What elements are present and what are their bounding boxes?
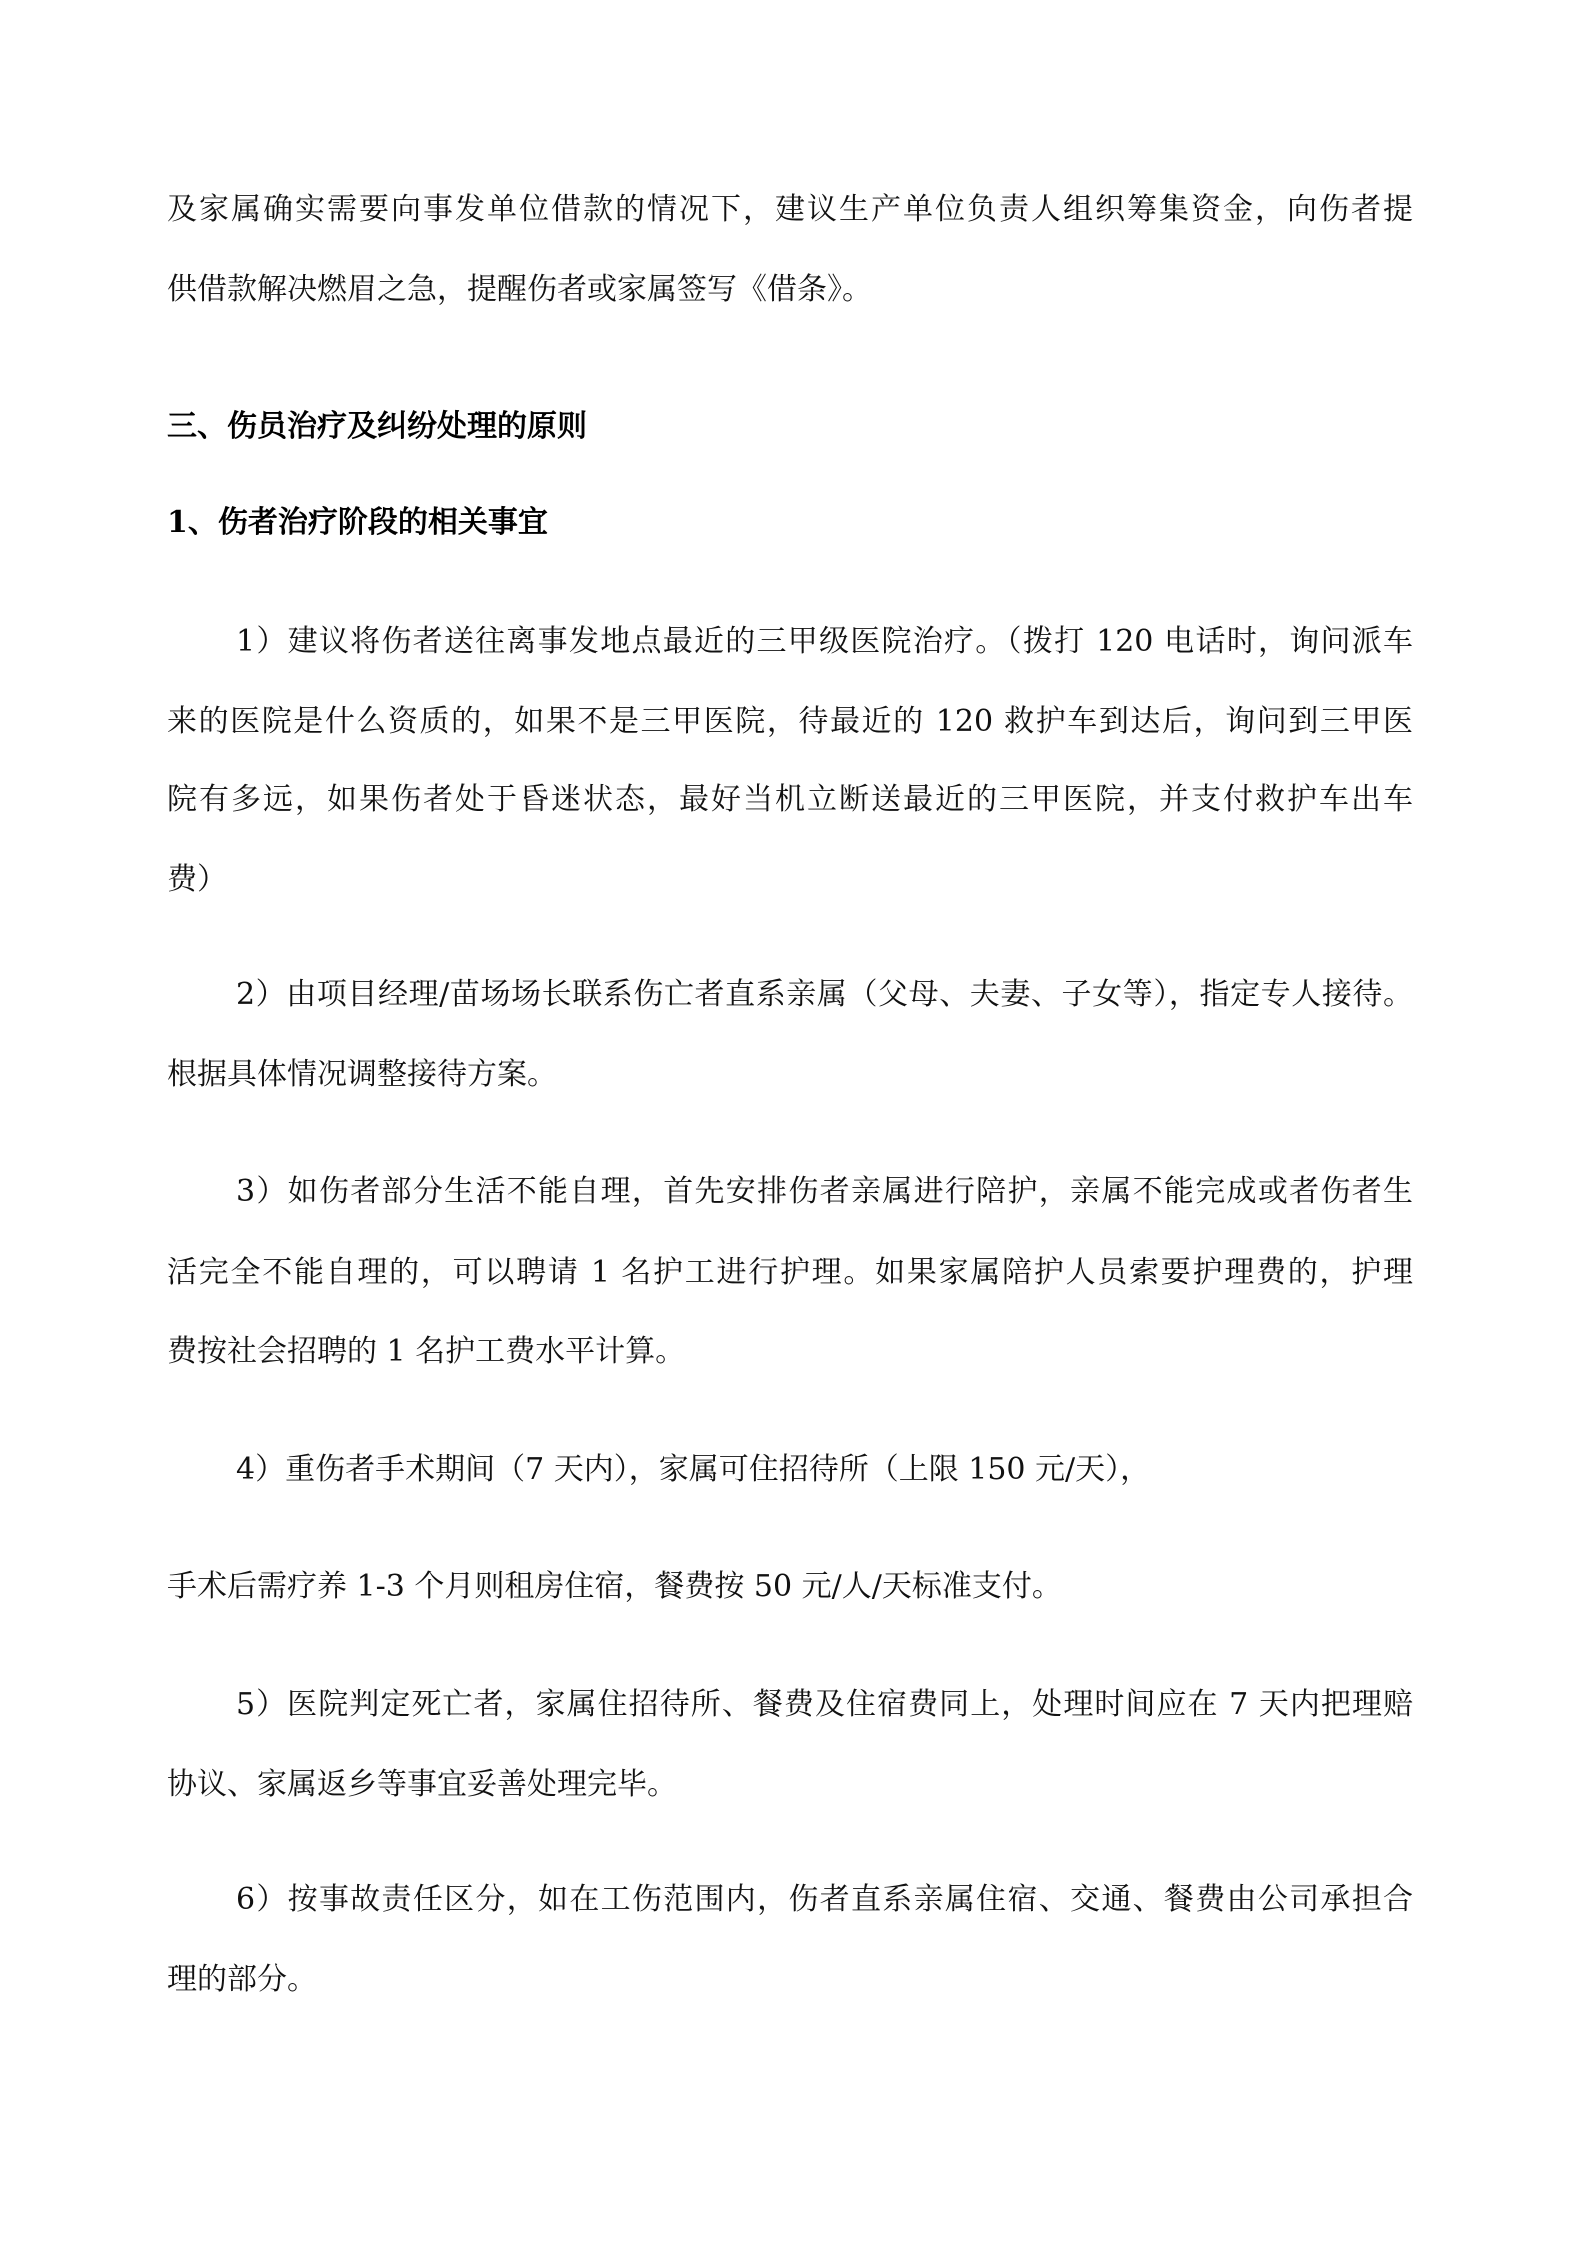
paragraph-line: 供借款解决燃眉之急，提醒伤者或家属签写《借条》。: [167, 250, 1413, 330]
paragraph-line: 根据具体情况调整接待方案。: [167, 1035, 1413, 1115]
subsection-heading: 1、伤者治疗阶段的相关事宜: [167, 483, 1413, 563]
paragraph-line: 院有多远，如果伤者处于昏迷状态，最好当机立断送最近的三甲医院，并支付救护车出车: [167, 760, 1413, 840]
paragraph-line: 1）建议将伤者送往离事发地点最近的三甲级医院治疗。（拨打 120 电话时，询问派…: [236, 602, 1413, 682]
paragraph-line: 6）按事故责任区分，如在工伤范围内，伤者直系亲属住宿、交通、餐费由公司承担合: [236, 1860, 1413, 1940]
paragraph-line: 及家属确实需要向事发单位借款的情况下，建议生产单位负责人组织筹集资金，向伤者提: [167, 170, 1413, 250]
paragraph-line: 3）如伤者部分生活不能自理，首先安排伤者亲属进行陪护，亲属不能完成或者伤者生: [236, 1152, 1413, 1232]
document-page: 及家属确实需要向事发单位借款的情况下，建议生产单位负责人组织筹集资金，向伤者提 …: [0, 0, 1587, 2245]
paragraph-line: 理的部分。: [167, 1940, 1413, 2020]
paragraph-line: 5）医院判定死亡者，家属住招待所、餐费及住宿费同上，处理时间应在 7 天内把理赔: [236, 1665, 1413, 1745]
paragraph-line: 手术后需疗养 1-3 个月则租房住宿，餐费按 50 元/人/天标准支付。: [167, 1547, 1413, 1627]
paragraph-line: 来的医院是什么资质的，如果不是三甲医院，待最近的 120 救护车到达后，询问到三…: [167, 682, 1413, 762]
paragraph-line: 活完全不能自理的，可以聘请 1 名护工进行护理。如果家属陪护人员索要护理费的，护…: [167, 1233, 1413, 1313]
paragraph-line: 2）由项目经理/苗场场长联系伤亡者直系亲属（父母、夫妻、子女等），指定专人接待。: [236, 955, 1413, 1035]
section-heading: 三、伤员治疗及纠纷处理的原则: [167, 387, 1413, 467]
paragraph-line: 费按社会招聘的 1 名护工费水平计算。: [167, 1312, 1413, 1392]
paragraph-line: 费）: [167, 840, 1413, 920]
paragraph-line: 4）重伤者手术期间（7 天内），家属可住招待所（上限 150 元/天），: [236, 1430, 1413, 1510]
paragraph-line: 协议、家属返乡等事宜妥善处理完毕。: [167, 1745, 1413, 1825]
